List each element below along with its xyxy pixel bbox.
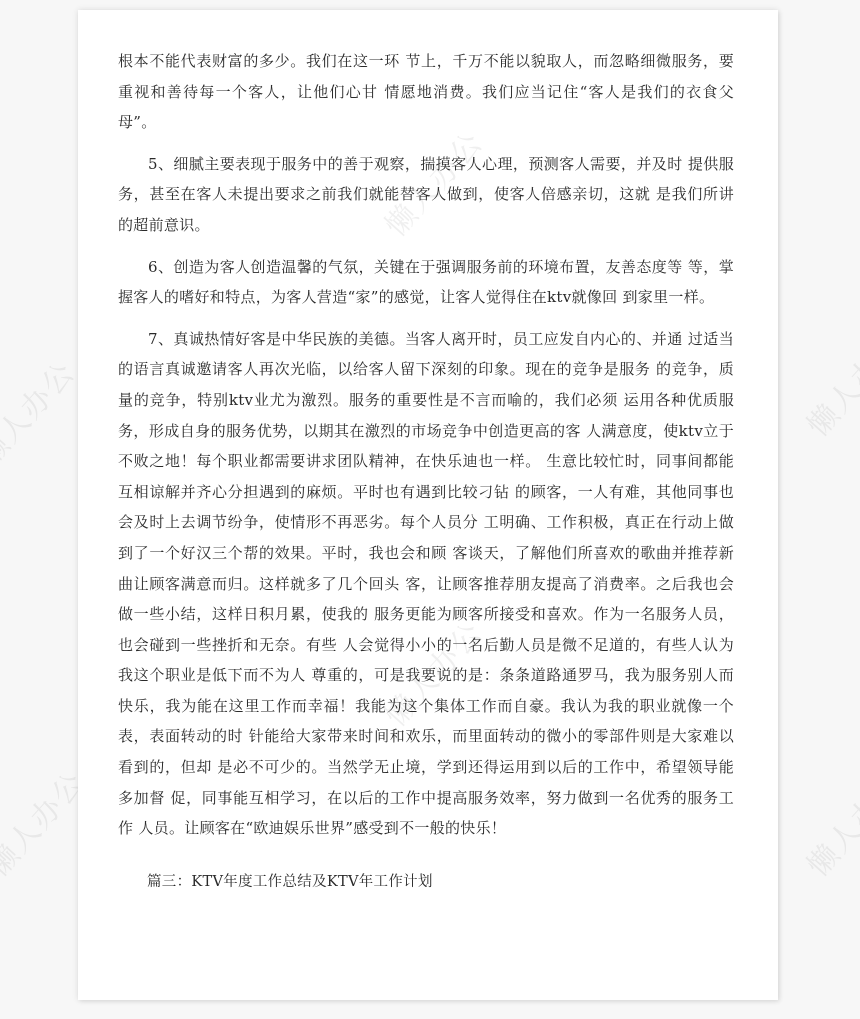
watermark: 懒人办公 bbox=[795, 320, 860, 445]
document-page: 懒人办公 懒人办公 根本不能代表财富的多少。我们在这一环 节上，千万不能以貌取人… bbox=[78, 10, 778, 1000]
document-body: 根本不能代表财富的多少。我们在这一环 节上，千万不能以貌取人，而忽略细微服务，要… bbox=[118, 46, 734, 897]
paragraph-item-6: 6、创造为客人创造温馨的气氛，关键在于强调服务前的环境布置，友善态度等 等，掌握… bbox=[118, 252, 734, 313]
paragraph-continuation: 根本不能代表财富的多少。我们在这一环 节上，千万不能以貌取人，而忽略细微服务，要… bbox=[118, 46, 734, 138]
paragraph-item-5: 5、细腻主要表现于服务中的善于观察，揣摸客人心理，预测客人需要，并及时 提供服务… bbox=[118, 149, 734, 241]
watermark: 懒人办公 bbox=[0, 350, 83, 475]
watermark: 懒人办公 bbox=[795, 760, 860, 885]
paragraph-item-7: 7、真诚热情好客是中华民族的美德。当客人离开时，员工应发自内心的、并通 过适当的… bbox=[118, 324, 734, 844]
section-heading: 篇三：KTV年度工作总结及KTV年工作计划 bbox=[118, 867, 734, 898]
document-viewer: 懒人办公 懒人办公 懒人办公 懒人办公 懒人办公 懒人办公 根本不能代表财富的多… bbox=[0, 0, 860, 1019]
